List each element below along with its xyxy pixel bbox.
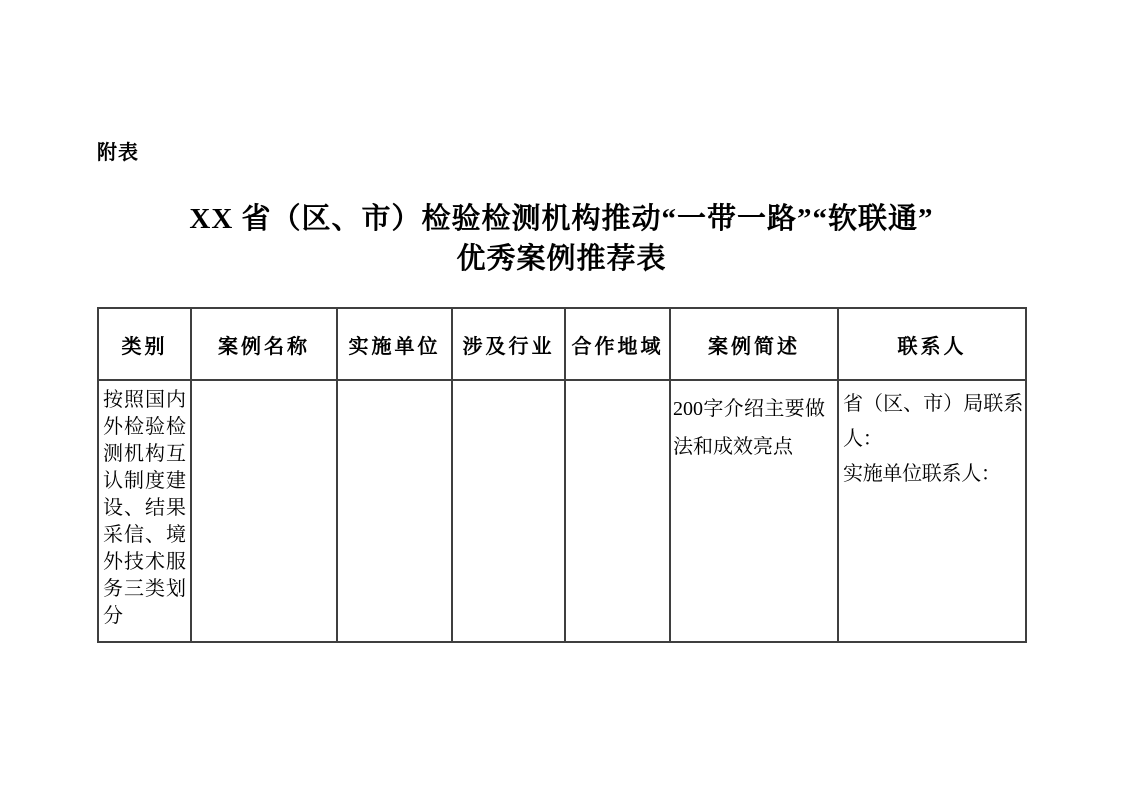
col-header-contact: 联系人 [838,308,1026,380]
attachment-label: 附表 [97,136,139,165]
contact-line-bureau: 省（区、市）局联系人： [843,387,1023,457]
contact-line-unit: 实施单位联系人： [843,457,1023,492]
cell-implementing-unit [337,380,452,642]
cell-category: 按照国内外检验检测机构互认制度建设、结果采信、境外技术服务三类划分 [98,380,191,642]
document-title-line2: 优秀案例推荐表 [0,239,1123,279]
table-row: 按照国内外检验检测机构互认制度建设、结果采信、境外技术服务三类划分 200字介绍… [98,380,1026,642]
col-header-implementing-unit: 实施单位 [337,308,452,380]
document-page: 附表 XX 省（区、市）检验检测机构推动“一带一路”“软联通” 优秀案例推荐表 … [0,0,1123,794]
cell-cooperation-region [565,380,670,642]
cell-case-name [191,380,337,642]
col-header-case-brief: 案例简述 [670,308,838,380]
col-header-case-name: 案例名称 [191,308,337,380]
col-header-category: 类别 [98,308,191,380]
cell-industry [452,380,565,642]
table-header-row: 类别 案例名称 实施单位 涉及行业 合作地域 案例简述 联系人 [98,308,1026,380]
document-title-line1: XX 省（区、市）检验检测机构推动“一带一路”“软联通” [0,199,1123,239]
col-header-industry: 涉及行业 [452,308,565,380]
cell-contact: 省（区、市）局联系人： 实施单位联系人： [838,380,1026,642]
cell-case-brief: 200字介绍主要做法和成效亮点 [670,380,838,642]
col-header-cooperation-region: 合作地域 [565,308,670,380]
recommendation-table: 类别 案例名称 实施单位 涉及行业 合作地域 案例简述 联系人 按照国内外检验检… [97,307,1027,643]
document-title: XX 省（区、市）检验检测机构推动“一带一路”“软联通” 优秀案例推荐表 [0,199,1123,279]
